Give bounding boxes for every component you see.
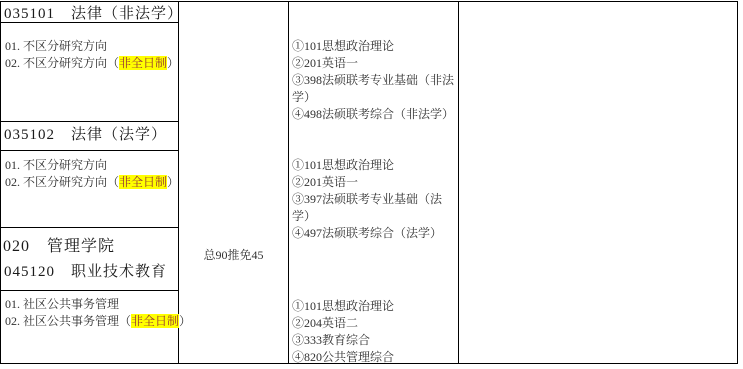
direction-text: ） <box>167 56 179 70</box>
exam-subject: ③333教育综合 <box>292 332 455 349</box>
exam-subject: ①101思想政治理论 <box>292 298 455 315</box>
direction-text: 02. 社区公共事务管理（ <box>5 314 131 328</box>
parttime-highlight: 非全日制 <box>119 56 167 70</box>
exam-subject: ③398法硕联考专业基础（非法学） <box>292 72 455 106</box>
exam-subject: ②204英语二 <box>292 315 455 332</box>
parttime-highlight: 非全日制 <box>131 314 179 328</box>
college-title-020: 020 管理学院 <box>3 233 115 256</box>
research-direction-02: 02. 不区分研究方向（非全日制） <box>5 174 179 191</box>
direction-text: ） <box>167 175 179 189</box>
table-column-border-3 <box>458 1 459 363</box>
direction-text: 02. 不区分研究方向（ <box>5 56 119 70</box>
exam-subject: ②201英语一 <box>292 55 455 72</box>
table-row-divider <box>1 227 178 228</box>
exam-subject: ①101思想政治理论 <box>292 157 455 174</box>
exam-subject: ①101思想政治理论 <box>292 38 455 55</box>
research-direction-01: 01. 不区分研究方向 <box>5 157 107 174</box>
enrollment-quota-note: 总90推免45 <box>179 246 288 263</box>
exam-subject: ④820公共管理综合 <box>292 349 455 366</box>
exam-subjects-035102: ①101思想政治理论 ②201英语一 ③397法硕联考专业基础（法学） ④497… <box>292 157 455 242</box>
program-title-035101: 035101 法律（非法学） <box>4 2 183 23</box>
exam-subjects-035101: ①101思想政治理论 ②201英语一 ③398法硕联考专业基础（非法学） ④49… <box>292 38 455 123</box>
table-row-divider <box>1 121 178 122</box>
parttime-highlight: 非全日制 <box>119 175 167 189</box>
exam-subject: ②201英语一 <box>292 174 455 191</box>
admissions-catalog-table: 035101 法律（非法学） 01. 不区分研究方向 02. 不区分研究方向（非… <box>0 0 743 369</box>
table-row-divider <box>1 150 178 151</box>
direction-text: 02. 不区分研究方向（ <box>5 175 119 189</box>
table-column-border-2 <box>288 1 289 363</box>
exam-subject: ④498法硕联考综合（非法学） <box>292 106 455 123</box>
program-title-045120: 045120 职业技术教育 <box>4 260 167 281</box>
exam-subject: ③397法硕联考专业基础（法学） <box>292 191 455 225</box>
direction-text: ） <box>179 314 191 328</box>
research-direction-01: 01. 不区分研究方向 <box>5 38 107 55</box>
research-direction-02: 02. 社区公共事务管理（非全日制） <box>5 313 191 330</box>
table-row-divider <box>1 290 178 291</box>
program-title-035102: 035102 法律（法学） <box>4 123 167 144</box>
exam-subject: ④497法硕联考综合（法学） <box>292 225 455 242</box>
research-direction-02: 02. 不区分研究方向（非全日制） <box>5 55 179 72</box>
exam-subjects-045120: ①101思想政治理论 ②204英语二 ③333教育综合 ④820公共管理综合 <box>292 298 455 366</box>
research-direction-01: 01. 社区公共事务管理 <box>5 296 119 313</box>
